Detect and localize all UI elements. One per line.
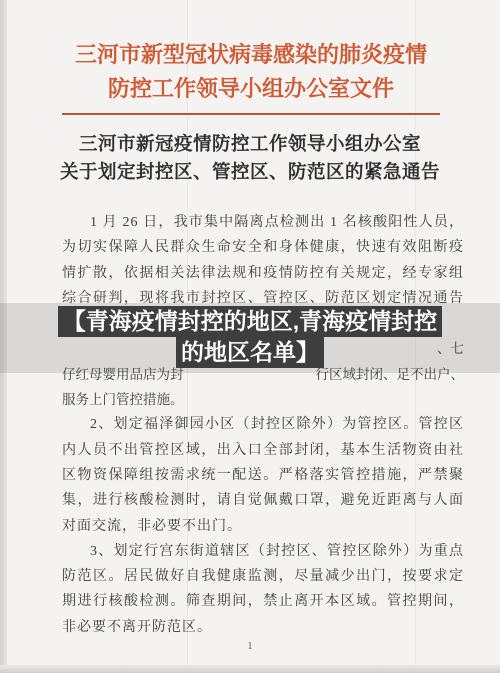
caption-line2: 的地区名单】 [176, 337, 324, 368]
paragraph-control-zone: 2、划定福泽御园小区（封控区除外）为管控区。管控区内人员不出管控区域，出入口全部… [62, 412, 464, 538]
document-title-line2: 关于划定封控区、管控区、防范区的紧急通告 [50, 158, 450, 186]
letterhead-line1: 三河市新型冠状病毒感染的肺炎疫情 [62, 38, 440, 71]
caption-line1-wrap: 【青海疫情封控的地区,青海疫情封控 [0, 306, 500, 337]
sealed-zone-line3-text: 服务上门管控措施。 [62, 387, 184, 412]
sealed-zone-line3: 服务上门管控措施。 [62, 387, 464, 412]
caption-overlay: 【青海疫情封控的地区,青海疫情封控 的地区名单】 [0, 306, 500, 368]
caption-line2-wrap: 的地区名单】 [0, 337, 500, 368]
letterhead-rule [62, 113, 440, 115]
document-title-line1: 三河市新冠疫情防控工作领导小组办公室 [50, 130, 450, 158]
document-photo: 三河市新型冠状病毒感染的肺炎疫情 防控工作领导小组办公室文件 三河市新冠疫情防控… [0, 0, 500, 673]
letterhead: 三河市新型冠状病毒感染的肺炎疫情 防控工作领导小组办公室文件 [62, 38, 440, 115]
document-body: 1 月 26 日，我市集中隔离点检测出 1 名核酸阳性人员，为切实保障人民群众生… [62, 210, 464, 640]
caption-line1: 【青海疫情封控的地区,青海疫情封控 [58, 306, 442, 337]
page-edge-shadow-bottom [0, 665, 500, 673]
paragraph-precaution-zone: 3、划定行宫东街道辖区（封控区、管控区除外）为重点防范区。居民做好自我健康监测，… [62, 539, 464, 640]
page-number: 1 [0, 641, 500, 652]
document-title: 三河市新冠疫情防控工作领导小组办公室 关于划定封控区、管控区、防范区的紧急通告 [50, 130, 450, 186]
letterhead-line2: 防控工作领导小组办公室文件 [62, 71, 440, 106]
